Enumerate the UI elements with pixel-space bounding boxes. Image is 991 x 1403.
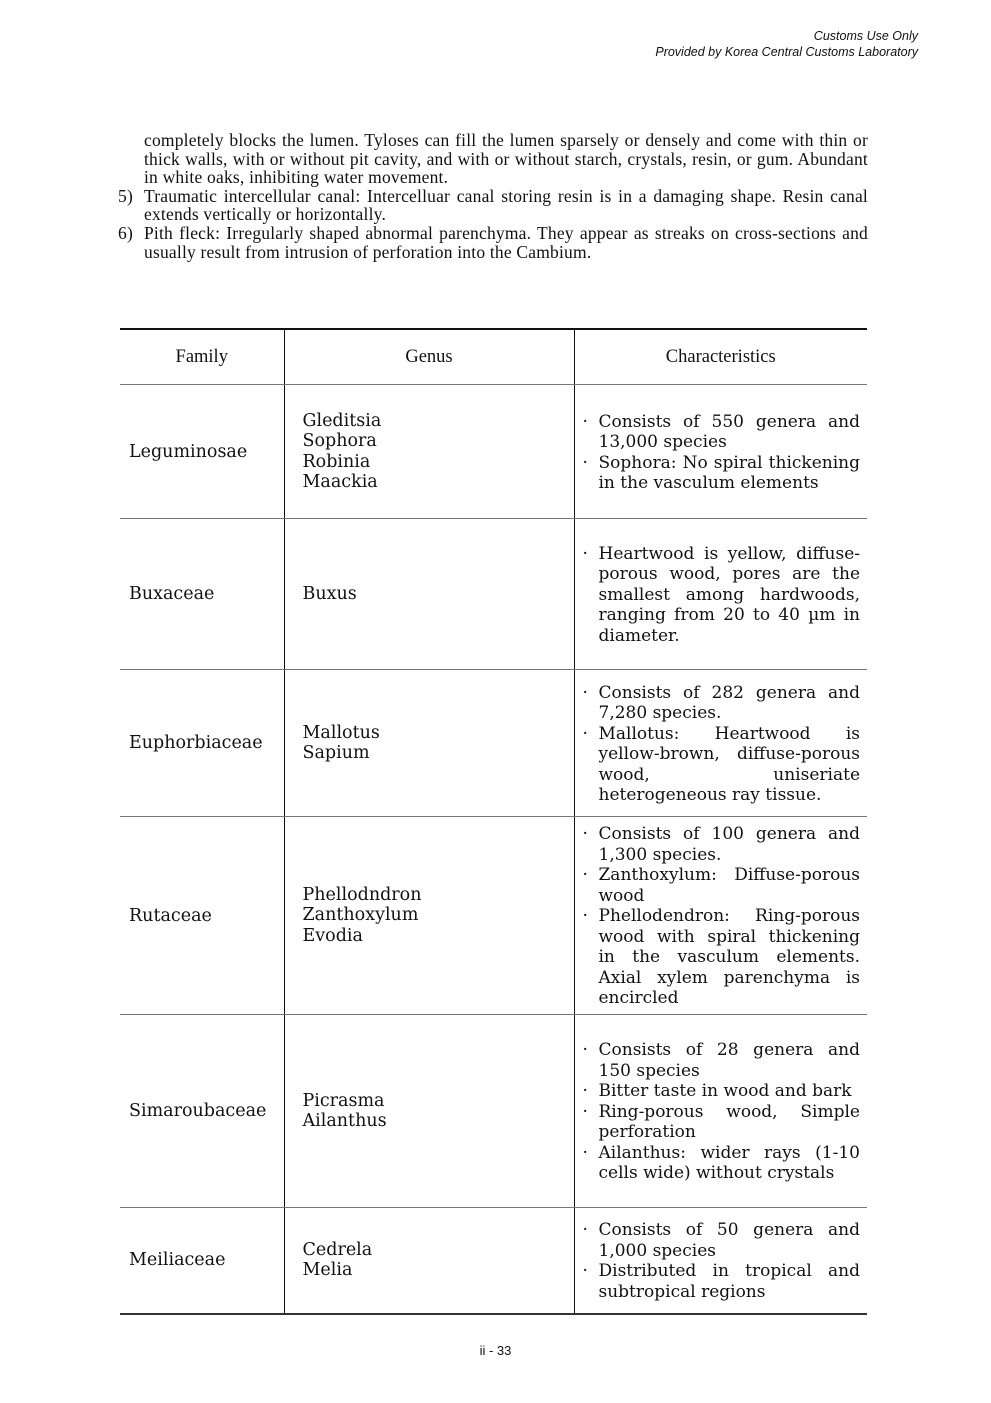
intro-text: completely blocks the lumen. Tyloses can… xyxy=(118,131,868,261)
table-row: EuphorbiaceaeMallotusSapium·Consists of … xyxy=(120,670,867,817)
genus-name: Ailanthus xyxy=(303,1111,574,1132)
family-genus-table: Family Genus Characteristics Leguminosae… xyxy=(120,328,867,1315)
genus-cell: Buxus xyxy=(284,519,574,670)
characteristic-item: ·Consists of 50 genera and 1,000 species xyxy=(583,1220,861,1261)
bullet-icon: · xyxy=(583,1261,588,1282)
genus-cell: PicrasmaAilanthus xyxy=(284,1015,574,1208)
family-cell: Buxaceae xyxy=(120,519,284,670)
bullet-icon: · xyxy=(583,683,588,704)
list-item-text: Pith fleck: Irregularly shaped abnormal … xyxy=(144,223,868,262)
genus-name: Maackia xyxy=(303,472,574,493)
genus-name: Melia xyxy=(303,1260,574,1281)
characteristic-item: ·Sophora: No spiral thickening in the va… xyxy=(583,453,861,494)
table-row: RutaceaePhellodndronZanthoxylumEvodia·Co… xyxy=(120,817,867,1015)
list-item-text: Traumatic intercellular canal: Intercell… xyxy=(144,186,868,225)
list-item-number: 6) xyxy=(118,224,133,243)
list-item-traumatic-canal: 5) Traumatic intercellular canal: Interc… xyxy=(118,187,868,224)
genus-name: Phellodndron xyxy=(303,885,574,906)
family-cell: Euphorbiaceae xyxy=(120,670,284,817)
continuation-paragraph: completely blocks the lumen. Tyloses can… xyxy=(118,131,868,187)
characteristic-text: Heartwood is yellow, diffuse-porous wood… xyxy=(599,544,861,646)
genus-name: Sapium xyxy=(303,743,574,764)
bullet-icon: · xyxy=(583,906,588,927)
characteristic-item: ·Ailanthus: wider rays (1-10 cells wide)… xyxy=(583,1143,861,1184)
genus-name: Zanthoxylum xyxy=(303,905,574,926)
genus-name: Cedrela xyxy=(303,1240,574,1261)
characteristic-item: ·Zanthoxylum: Diffuse-porous wood xyxy=(583,865,861,906)
table-row: LeguminosaeGleditsiaSophoraRobiniaMaacki… xyxy=(120,385,867,519)
bullet-icon: · xyxy=(583,544,588,565)
characteristic-item: ·Bitter taste in wood and bark xyxy=(583,1081,861,1102)
genus-name: Gleditsia xyxy=(303,411,574,432)
genus-name: Buxus xyxy=(303,584,574,605)
table-header-row: Family Genus Characteristics xyxy=(120,329,867,385)
genus-cell: CedrelaMelia xyxy=(284,1208,574,1314)
header-genus: Genus xyxy=(284,329,574,385)
genus-name: Mallotus xyxy=(303,723,574,744)
characteristics-cell: ·Heartwood is yellow, diffuse-porous woo… xyxy=(574,519,867,670)
bullet-icon: · xyxy=(583,1220,588,1241)
table-row: BuxaceaeBuxus·Heartwood is yellow, diffu… xyxy=(120,519,867,670)
characteristics-cell: ·Consists of 550 genera and 13,000 speci… xyxy=(574,385,867,519)
header-family: Family xyxy=(120,329,284,385)
bullet-icon: · xyxy=(583,412,588,433)
family-cell: Simaroubaceae xyxy=(120,1015,284,1208)
characteristic-text: Bitter taste in wood and bark xyxy=(599,1081,852,1101)
characteristic-text: Consists of 550 genera and 13,000 specie… xyxy=(599,412,861,453)
list-item-number: 5) xyxy=(118,187,133,206)
characteristic-text: Phellodendron: Ring-porous wood with spi… xyxy=(599,906,861,1008)
page-number: ii - 33 xyxy=(0,1343,991,1358)
characteristic-item: ·Mallotus: Heartwood is yellow-brown, di… xyxy=(583,724,861,806)
bullet-icon: · xyxy=(583,1143,588,1164)
characteristic-item: ·Consists of 28 genera and 150 species xyxy=(583,1040,861,1081)
characteristic-text: Consists of 28 genera and 150 species xyxy=(599,1040,861,1081)
bullet-icon: · xyxy=(583,824,588,845)
bullet-icon: · xyxy=(583,865,588,886)
bullet-icon: · xyxy=(583,724,588,745)
bullet-icon: · xyxy=(583,1081,588,1102)
characteristic-text: Mallotus: Heartwood is yellow-brown, dif… xyxy=(599,724,861,806)
characteristic-text: Consists of 100 genera and 1,300 species… xyxy=(599,824,861,865)
genus-cell: PhellodndronZanthoxylumEvodia xyxy=(284,817,574,1015)
bullet-icon: · xyxy=(583,453,588,474)
characteristic-item: ·Ring-porous wood, Simple perforation xyxy=(583,1102,861,1143)
table-row: MeiliaceaeCedrelaMelia·Consists of 50 ge… xyxy=(120,1208,867,1314)
list-item-pith-fleck: 6) Pith fleck: Irregularly shaped abnorm… xyxy=(118,224,868,261)
characteristic-item: ·Heartwood is yellow, diffuse-porous woo… xyxy=(583,544,861,647)
table-body: LeguminosaeGleditsiaSophoraRobiniaMaacki… xyxy=(120,385,867,1314)
characteristics-cell: ·Consists of 50 genera and 1,000 species… xyxy=(574,1208,867,1314)
characteristic-text: Consists of 50 genera and 1,000 species xyxy=(599,1220,861,1261)
bullet-icon: · xyxy=(583,1102,588,1123)
characteristic-item: ·Distributed in tropical and subtropical… xyxy=(583,1261,861,1302)
characteristics-cell: ·Consists of 282 genera and 7,280 specie… xyxy=(574,670,867,817)
family-cell: Rutaceae xyxy=(120,817,284,1015)
header-line-provider: Provided by Korea Central Customs Labora… xyxy=(655,44,918,60)
characteristic-text: Distributed in tropical and subtropical … xyxy=(599,1261,861,1302)
characteristic-text: Ring-porous wood, Simple perforation xyxy=(599,1102,861,1143)
characteristic-item: ·Consists of 550 genera and 13,000 speci… xyxy=(583,412,861,453)
genus-cell: GleditsiaSophoraRobiniaMaackia xyxy=(284,385,574,519)
page-header: Customs Use Only Provided by Korea Centr… xyxy=(655,28,918,60)
genus-name: Picrasma xyxy=(303,1091,574,1112)
characteristics-cell: ·Consists of 28 genera and 150 species·B… xyxy=(574,1015,867,1208)
characteristic-item: ·Phellodendron: Ring-porous wood with sp… xyxy=(583,906,861,1009)
characteristic-item: ·Consists of 282 genera and 7,280 specie… xyxy=(583,683,861,724)
characteristic-text: Ailanthus: wider rays (1-10 cells wide) … xyxy=(599,1143,861,1184)
bullet-icon: · xyxy=(583,1040,588,1061)
table-row: SimaroubaceaePicrasmaAilanthus·Consists … xyxy=(120,1015,867,1208)
genus-name: Sophora xyxy=(303,431,574,452)
family-cell: Leguminosae xyxy=(120,385,284,519)
characteristic-text: Zanthoxylum: Diffuse-porous wood xyxy=(599,865,861,906)
characteristic-item: ·Consists of 100 genera and 1,300 specie… xyxy=(583,824,861,865)
genus-name: Robinia xyxy=(303,452,574,473)
family-cell: Meiliaceae xyxy=(120,1208,284,1314)
genus-name: Evodia xyxy=(303,926,574,947)
genus-cell: MallotusSapium xyxy=(284,670,574,817)
characteristic-text: Sophora: No spiral thickening in the vas… xyxy=(599,453,861,494)
header-line-customs-use: Customs Use Only xyxy=(655,28,918,44)
header-characteristics: Characteristics xyxy=(574,329,867,385)
characteristic-text: Consists of 282 genera and 7,280 species… xyxy=(599,683,861,724)
characteristics-cell: ·Consists of 100 genera and 1,300 specie… xyxy=(574,817,867,1015)
